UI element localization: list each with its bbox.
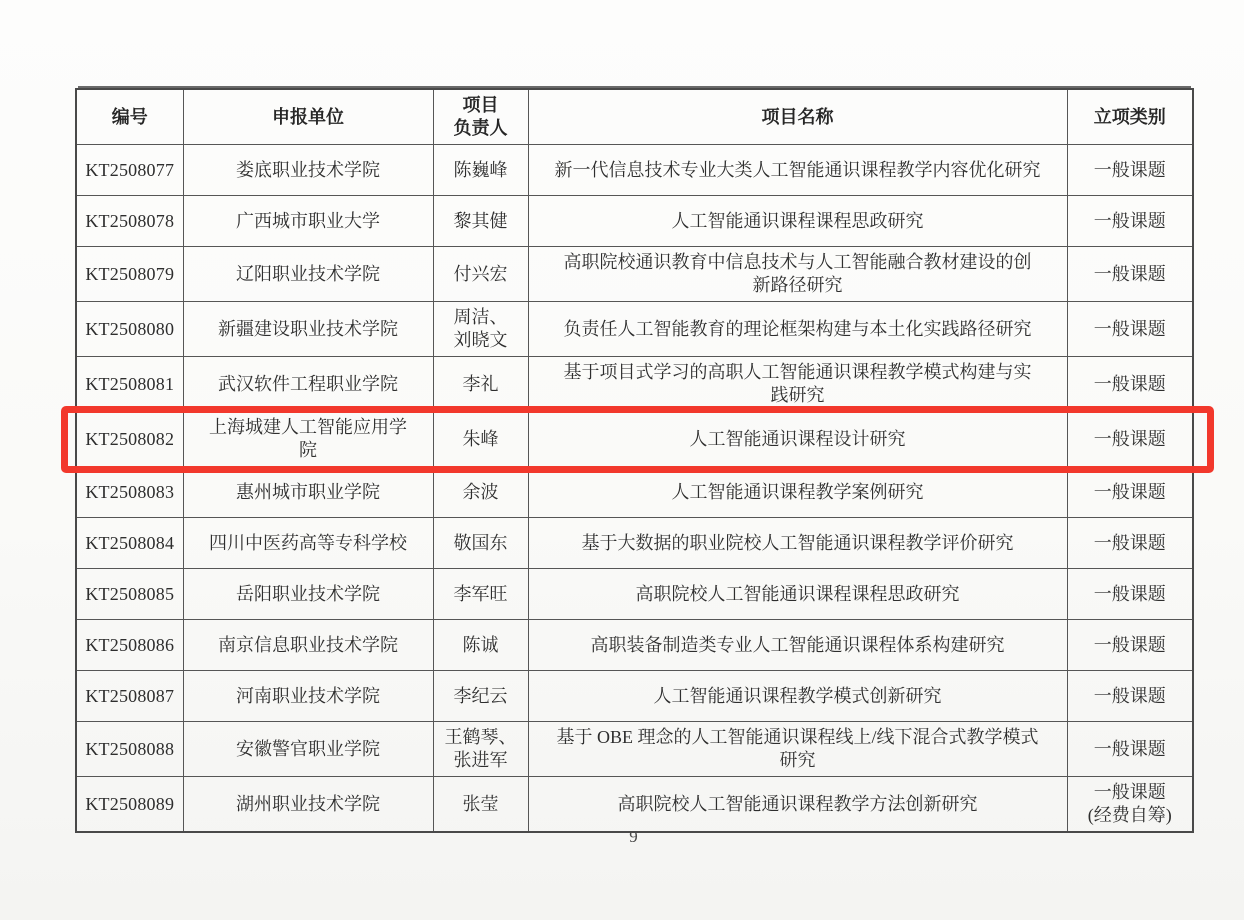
cell-leader: 敬国东 bbox=[433, 518, 528, 569]
cell-project-title: 基于项目式学习的高职人工智能通识课程教学模式构建与实 践研究 bbox=[528, 357, 1067, 412]
table-row: KT2508082 上海城建人工智能应用学 院 朱峰 人工智能通识课程设计研究 … bbox=[76, 412, 1193, 467]
table-row: KT2508084 四川中医药高等专科学校 敬国东 基于大数据的职业院校人工智能… bbox=[76, 518, 1193, 569]
cell-project-title: 人工智能通识课程课程思政研究 bbox=[528, 196, 1067, 247]
cell-project-title: 基于大数据的职业院校人工智能通识课程教学评价研究 bbox=[528, 518, 1067, 569]
cell-project-id: KT2508086 bbox=[76, 620, 183, 671]
page-number: 9 bbox=[75, 827, 1192, 847]
cell-project-id: KT2508085 bbox=[76, 569, 183, 620]
cell-category: 一般课题 bbox=[1067, 247, 1193, 302]
cell-project-title: 人工智能通识课程设计研究 bbox=[528, 412, 1067, 467]
cell-project-id: KT2508089 bbox=[76, 777, 183, 833]
cell-unit: 河南职业技术学院 bbox=[183, 671, 433, 722]
cell-project-title: 人工智能通识课程教学案例研究 bbox=[528, 467, 1067, 518]
cell-category: 一般课题 bbox=[1067, 518, 1193, 569]
cell-project-id: KT2508088 bbox=[76, 722, 183, 777]
cell-category: 一般课题 bbox=[1067, 671, 1193, 722]
cell-unit: 广西城市职业大学 bbox=[183, 196, 433, 247]
document-page: 编号 申报单位 项目 负责人 项目名称 立项类别 KT2508077 娄底职业技… bbox=[0, 0, 1244, 920]
cell-category: 一般课题 bbox=[1067, 145, 1193, 196]
table-row: KT2508078 广西城市职业大学 黎其健 人工智能通识课程课程思政研究 一般… bbox=[76, 196, 1193, 247]
cell-unit: 新疆建设职业技术学院 bbox=[183, 302, 433, 357]
header-row: 编号 申报单位 项目 负责人 项目名称 立项类别 bbox=[76, 89, 1193, 145]
table-header: 编号 申报单位 项目 负责人 项目名称 立项类别 bbox=[76, 89, 1193, 145]
cell-project-id: KT2508079 bbox=[76, 247, 183, 302]
table-row: KT2508089 湖州职业技术学院 张莹 高职院校人工智能通识课程教学方法创新… bbox=[76, 777, 1193, 833]
cell-project-id: KT2508078 bbox=[76, 196, 183, 247]
cell-project-title: 高职院校人工智能通识课程教学方法创新研究 bbox=[528, 777, 1067, 833]
cell-leader: 张莹 bbox=[433, 777, 528, 833]
cell-category: 一般课题 bbox=[1067, 302, 1193, 357]
cell-project-id: KT2508083 bbox=[76, 467, 183, 518]
cell-unit: 安徽警官职业学院 bbox=[183, 722, 433, 777]
cell-project-id: KT2508080 bbox=[76, 302, 183, 357]
cell-category: 一般课题 bbox=[1067, 620, 1193, 671]
cell-unit: 惠州城市职业学院 bbox=[183, 467, 433, 518]
cell-category: 一般课题 bbox=[1067, 412, 1193, 467]
cell-project-id: KT2508087 bbox=[76, 671, 183, 722]
cell-unit: 南京信息职业技术学院 bbox=[183, 620, 433, 671]
table-row: KT2508088 安徽警官职业学院 王鹤琴、 张进军 基于 OBE 理念的人工… bbox=[76, 722, 1193, 777]
cell-project-title: 高职院校人工智能通识课程课程思政研究 bbox=[528, 569, 1067, 620]
cell-project-title: 高职院校通识教育中信息技术与人工智能融合教材建设的创 新路径研究 bbox=[528, 247, 1067, 302]
cell-leader: 陈诚 bbox=[433, 620, 528, 671]
cell-unit: 娄底职业技术学院 bbox=[183, 145, 433, 196]
cell-unit: 上海城建人工智能应用学 院 bbox=[183, 412, 433, 467]
table-row: KT2508081 武汉软件工程职业学院 李礼 基于项目式学习的高职人工智能通识… bbox=[76, 357, 1193, 412]
cell-project-title: 基于 OBE 理念的人工智能通识课程线上/线下混合式教学模式 研究 bbox=[528, 722, 1067, 777]
header-unit: 申报单位 bbox=[183, 89, 433, 145]
table-row: KT2508086 南京信息职业技术学院 陈诚 高职装备制造类专业人工智能通识课… bbox=[76, 620, 1193, 671]
table-row: KT2508087 河南职业技术学院 李纪云 人工智能通识课程教学模式创新研究 … bbox=[76, 671, 1193, 722]
cell-leader: 付兴宏 bbox=[433, 247, 528, 302]
table-row: KT2508077 娄底职业技术学院 陈巍峰 新一代信息技术专业大类人工智能通识… bbox=[76, 145, 1193, 196]
cell-unit: 湖州职业技术学院 bbox=[183, 777, 433, 833]
cell-category: 一般课题 bbox=[1067, 467, 1193, 518]
cell-project-title: 负责任人工智能教育的理论框架构建与本土化实践路径研究 bbox=[528, 302, 1067, 357]
cell-category: 一般课题 bbox=[1067, 357, 1193, 412]
cell-project-id: KT2508081 bbox=[76, 357, 183, 412]
table-row: KT2508083 惠州城市职业学院 余波 人工智能通识课程教学案例研究 一般课… bbox=[76, 467, 1193, 518]
cell-project-id: KT2508084 bbox=[76, 518, 183, 569]
table-row: KT2508080 新疆建设职业技术学院 周洁、 刘晓文 负责任人工智能教育的理… bbox=[76, 302, 1193, 357]
table-row: KT2508085 岳阳职业技术学院 李军旺 高职院校人工智能通识课程课程思政研… bbox=[76, 569, 1193, 620]
projects-table-wrap: 编号 申报单位 项目 负责人 项目名称 立项类别 KT2508077 娄底职业技… bbox=[75, 88, 1192, 833]
cell-category: 一般课题 bbox=[1067, 196, 1193, 247]
cell-unit: 辽阳职业技术学院 bbox=[183, 247, 433, 302]
cell-leader: 李纪云 bbox=[433, 671, 528, 722]
cell-category: 一般课题 bbox=[1067, 569, 1193, 620]
cell-project-title: 高职装备制造类专业人工智能通识课程体系构建研究 bbox=[528, 620, 1067, 671]
header-id: 编号 bbox=[76, 89, 183, 145]
cell-leader: 黎其健 bbox=[433, 196, 528, 247]
cell-category: 一般课题 bbox=[1067, 722, 1193, 777]
cell-leader: 李军旺 bbox=[433, 569, 528, 620]
cell-leader: 朱峰 bbox=[433, 412, 528, 467]
table-row: KT2508079 辽阳职业技术学院 付兴宏 高职院校通识教育中信息技术与人工智… bbox=[76, 247, 1193, 302]
cell-leader: 周洁、 刘晓文 bbox=[433, 302, 528, 357]
cell-project-id: KT2508077 bbox=[76, 145, 183, 196]
cell-unit: 武汉软件工程职业学院 bbox=[183, 357, 433, 412]
cell-leader: 李礼 bbox=[433, 357, 528, 412]
projects-table: 编号 申报单位 项目 负责人 项目名称 立项类别 KT2508077 娄底职业技… bbox=[75, 88, 1194, 833]
cell-leader: 王鹤琴、 张进军 bbox=[433, 722, 528, 777]
cell-leader: 余波 bbox=[433, 467, 528, 518]
header-category: 立项类别 bbox=[1067, 89, 1193, 145]
cell-unit: 四川中医药高等专科学校 bbox=[183, 518, 433, 569]
cell-project-title: 新一代信息技术专业大类人工智能通识课程教学内容优化研究 bbox=[528, 145, 1067, 196]
header-leader: 项目 负责人 bbox=[433, 89, 528, 145]
cell-unit: 岳阳职业技术学院 bbox=[183, 569, 433, 620]
header-title: 项目名称 bbox=[528, 89, 1067, 145]
cell-category: 一般课题 (经费自筹) bbox=[1067, 777, 1193, 833]
cell-project-title: 人工智能通识课程教学模式创新研究 bbox=[528, 671, 1067, 722]
cell-project-id: KT2508082 bbox=[76, 412, 183, 467]
table-body: KT2508077 娄底职业技术学院 陈巍峰 新一代信息技术专业大类人工智能通识… bbox=[76, 145, 1193, 833]
cell-leader: 陈巍峰 bbox=[433, 145, 528, 196]
